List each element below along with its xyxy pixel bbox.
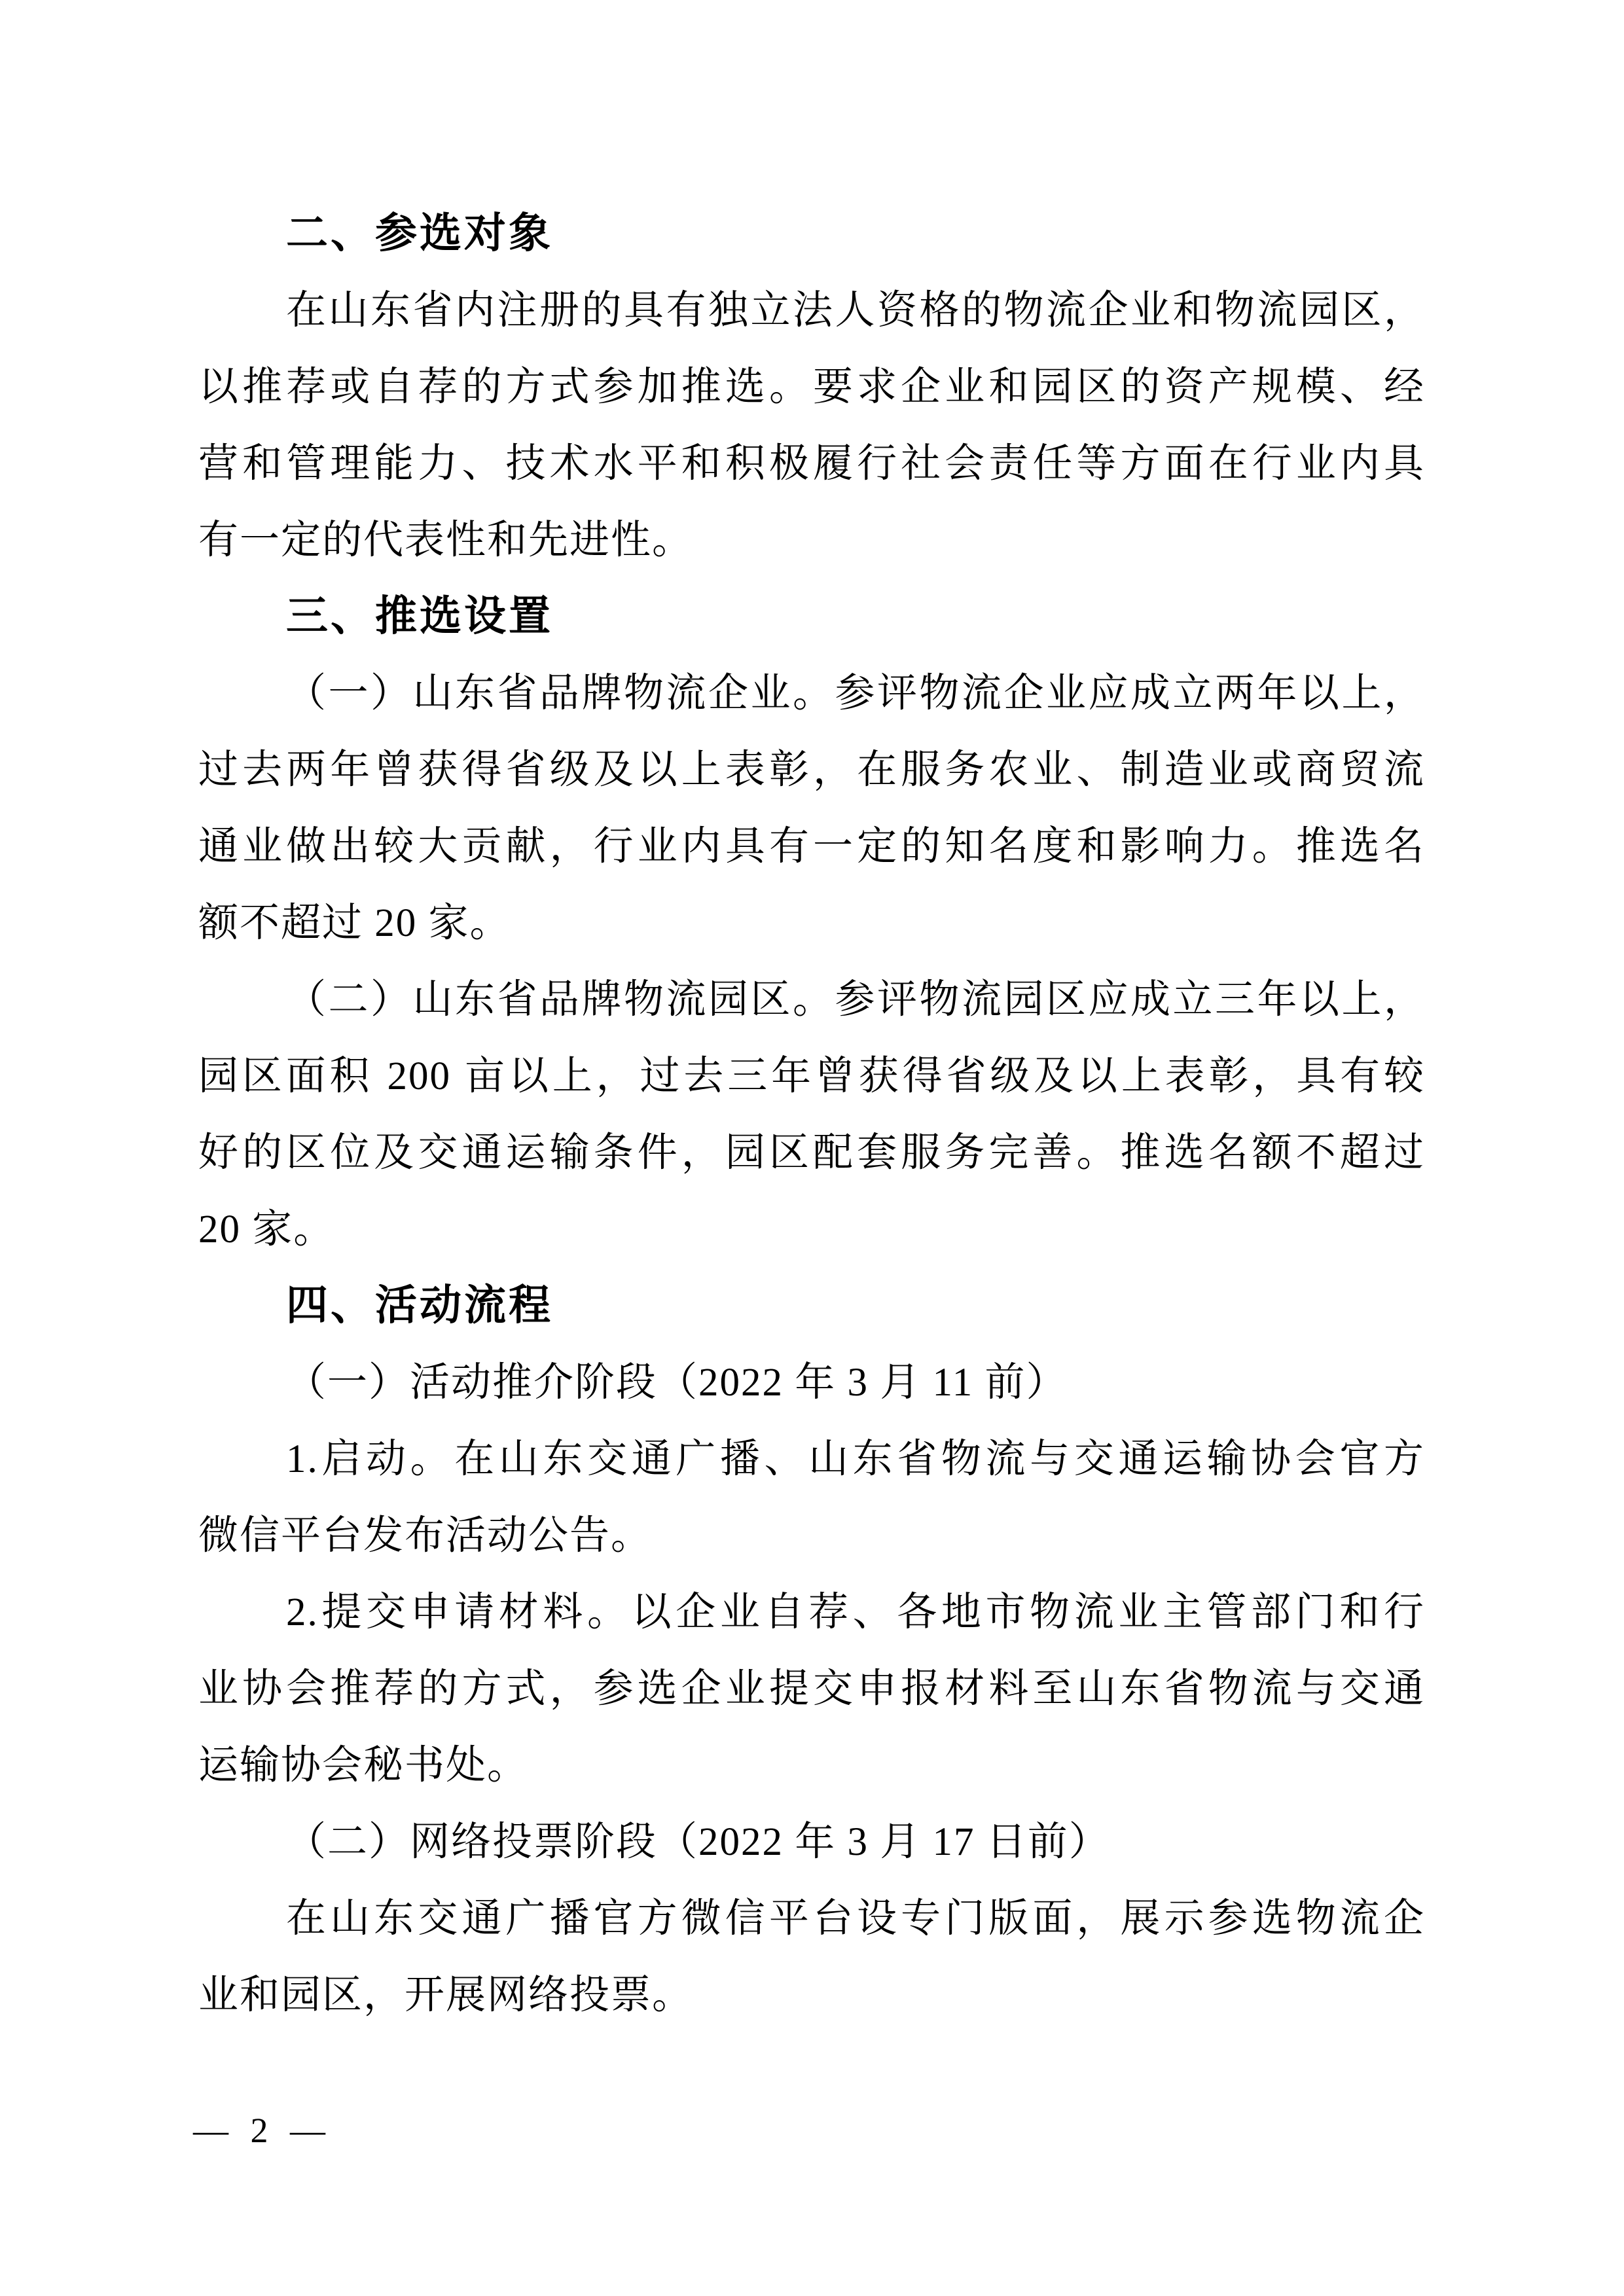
paragraph-line: 过去两年曾获得省级及以上表彰，在服务农业、制造业或商贸流	[198, 732, 1425, 808]
paragraph-line: 1.启动。在山东交通广播、山东省物流与交通运输协会官方	[198, 1421, 1425, 1498]
paragraph-line: 营和管理能力、技术水平和积极履行社会责任等方面在行业内具	[198, 425, 1425, 502]
heading-selection-targets: 二、参选对象	[198, 196, 1425, 272]
paragraph-line: 通业做出较大贡献，行业内具有一定的知名度和影响力。推选名	[198, 808, 1425, 885]
paragraph-line: 业协会推荐的方式，参选企业提交申报材料至山东省物流与交通	[198, 1651, 1425, 1727]
paragraph-line: 在山东交通广播官方微信平台设专门版面，展示参选物流企	[198, 1880, 1425, 1957]
paragraph-line: 微信平台发布活动公告。	[198, 1498, 1425, 1574]
paragraph-line: （二）山东省品牌物流园区。参评物流园区应成立三年以上，	[198, 961, 1425, 1038]
paragraph-line: （一）山东省品牌物流企业。参评物流企业应成立两年以上，	[198, 655, 1425, 732]
paragraph-line: 20 家。	[198, 1191, 1425, 1268]
document-body: 二、参选对象 在山东省内注册的具有独立法人资格的物流企业和物流园区， 以推荐或自…	[198, 196, 1425, 2034]
paragraph-line: 好的区位及交通运输条件，园区配套服务完善。推选名额不超过	[198, 1115, 1425, 1191]
paragraph-line: 2.提交申请材料。以企业自荐、各地市物流业主管部门和行	[198, 1574, 1425, 1651]
paragraph-line: （一）活动推介阶段（2022 年 3 月 11 前）	[198, 1344, 1425, 1421]
paragraph-line: 园区面积 200 亩以上，过去三年曾获得省级及以上表彰，具有较	[198, 1038, 1425, 1115]
heading-activity-process: 四、活动流程	[198, 1268, 1425, 1344]
paragraph-line: 业和园区，开展网络投票。	[198, 1957, 1425, 2034]
paragraph-line: 以推荐或自荐的方式参加推选。要求企业和园区的资产规模、经	[198, 349, 1425, 425]
paragraph-line: 在山东省内注册的具有独立法人资格的物流企业和物流园区，	[198, 272, 1425, 349]
paragraph-line: （二）网络投票阶段（2022 年 3 月 17 日前）	[198, 1804, 1425, 1880]
paragraph-line: 运输协会秘书处。	[198, 1727, 1425, 1804]
heading-selection-setup: 三、推选设置	[198, 579, 1425, 655]
paragraph-line: 额不超过 20 家。	[198, 885, 1425, 961]
paragraph-line: 有一定的代表性和先进性。	[198, 502, 1425, 579]
document-page: 二、参选对象 在山东省内注册的具有独立法人资格的物流企业和物流园区， 以推荐或自…	[0, 0, 1624, 2296]
page-number: — 2 —	[193, 2098, 328, 2163]
